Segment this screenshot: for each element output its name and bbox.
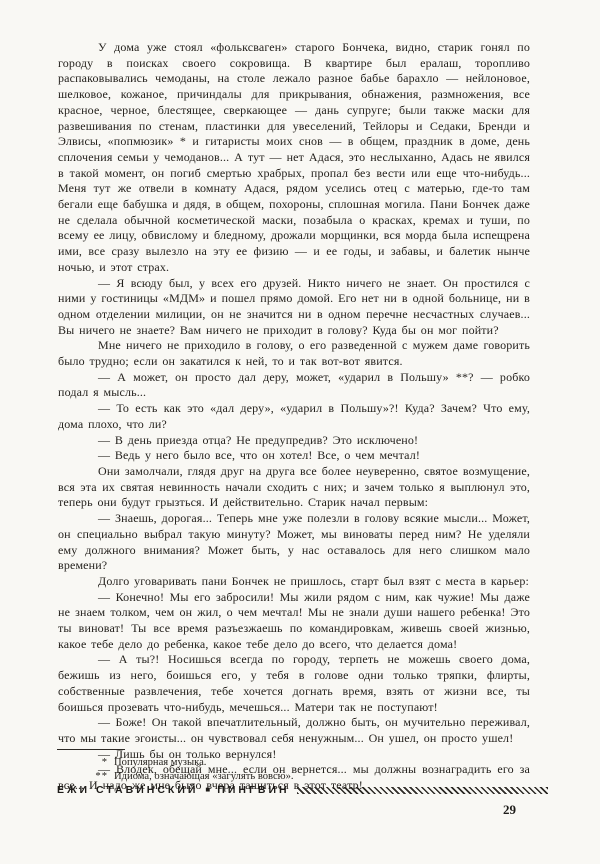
footnote-text: Популярная музыка. xyxy=(114,756,530,770)
paragraph: — Знаешь, дорогая... Теперь мне уже поле… xyxy=(58,511,530,574)
footnote-marker: * xyxy=(58,756,114,770)
paragraph: — В день приезда отца? Не предупредив? Э… xyxy=(58,433,530,449)
paragraph: У дома уже стоял «фольксваген» старого Б… xyxy=(58,40,530,276)
paragraph: Мне ничего не приходило в голову, о его … xyxy=(58,338,530,369)
text-block: У дома уже стоял «фольксваген» старого Б… xyxy=(58,40,530,794)
paragraph: Они замолчали, глядя друг на друга все б… xyxy=(58,464,530,511)
paragraph: — То есть как это «дал деру», «ударил в … xyxy=(58,401,530,432)
footnotes: *Популярная музыка.**Идиома, означающая … xyxy=(58,756,530,784)
footnote: **Идиома, означающая «загулять вовсю». xyxy=(58,770,530,784)
square-separator-icon: ■ xyxy=(205,786,210,794)
paragraph: — А ты?! Носишься всегда по городу, терп… xyxy=(58,652,530,715)
footer-title: ПИНГВИН xyxy=(217,784,289,796)
footer-author: ЕЖИ СТАВИНСКИЙ xyxy=(57,784,198,796)
book-page: У дома уже стоял «фольксваген» старого Б… xyxy=(0,0,600,864)
paragraph: — Ведь у него было все, что он хотел! Вс… xyxy=(58,448,530,464)
paragraph: — Конечно! Мы его забросили! Мы жили ряд… xyxy=(58,590,530,653)
paragraph: — Боже! Он такой впечатлительный, должно… xyxy=(58,715,530,746)
footnote: *Популярная музыка. xyxy=(58,756,530,770)
footnote-marker: ** xyxy=(58,770,114,784)
paragraph: — А может, он просто дал деру, может, «у… xyxy=(58,370,530,401)
paragraph: — Я всюду был, у всех его друзей. Никто … xyxy=(58,276,530,339)
footnote-separator xyxy=(57,749,125,750)
page-number: 29 xyxy=(503,802,516,818)
paragraph: Долго уговаривать пани Бончек не пришлос… xyxy=(58,574,530,590)
hatch-rule xyxy=(297,787,548,794)
running-footer: ЕЖИ СТАВИНСКИЙ ■ ПИНГВИН xyxy=(57,784,548,796)
footnote-text: Идиома, означающая «загулять вовсю». xyxy=(114,770,530,784)
